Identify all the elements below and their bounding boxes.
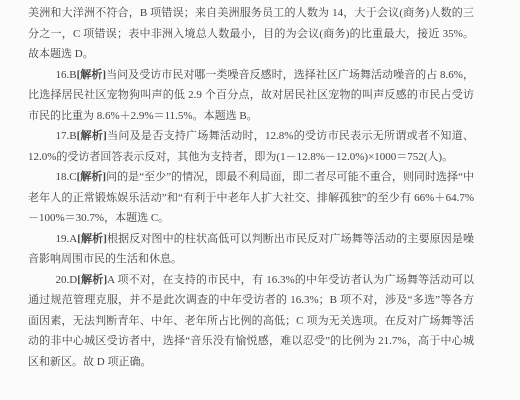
answer-number: 17.B: [56, 130, 77, 142]
paragraph-q19: 19.A[解析]根据反对图中的柱状高低可以判断出市民反对广场舞等活动的主要原因是…: [28, 229, 474, 270]
answer-number: 20.D: [56, 274, 78, 286]
analysis-label: [解析]: [77, 233, 107, 245]
answer-number: 19.A: [56, 233, 78, 245]
paragraph-q20: 20.D[解析]A 项不对，在支持的市民中，有 16.3%的中年受访者认为广场舞…: [28, 270, 474, 373]
paragraph-text: A 项不对，在支持的市民中，有 16.3%的中年受访者认为广场舞等活动可以通过规…: [28, 274, 474, 368]
analysis-label: [解析]: [77, 69, 106, 81]
paragraph-q17: 17.B[解析]当问及是否支持广场舞活动时，12.8%的受访市民表示无所谓或者不…: [28, 126, 474, 167]
paragraph-text: 美洲和大洋洲不符合，B 项错误；来自美洲服务员工的人数为 14，大于会议(商务)…: [28, 7, 474, 60]
paragraph-q16: 16.B[解析]当问及受访市民对哪一类噪音反感时，选择社区广场舞活动噪音的占 8…: [28, 65, 474, 127]
answer-number: 18.C: [56, 171, 77, 183]
paragraph-q18: 18.C[解析]问的是“至少”的情况，即最不利局面，即二者尽可能不重合，则同时选…: [28, 167, 474, 229]
analysis-label: [解析]: [77, 130, 107, 142]
answer-number: 16.B: [56, 69, 77, 81]
paragraph-continuation: 美洲和大洋洲不符合，B 项错误；来自美洲服务员工的人数为 14，大于会议(商务)…: [28, 3, 474, 65]
analysis-label: [解析]: [77, 274, 107, 286]
analysis-label: [解析]: [77, 171, 106, 183]
document-page: 美洲和大洋洲不符合，B 项错误；来自美洲服务员工的人数为 14，大于会议(商务)…: [0, 0, 520, 400]
